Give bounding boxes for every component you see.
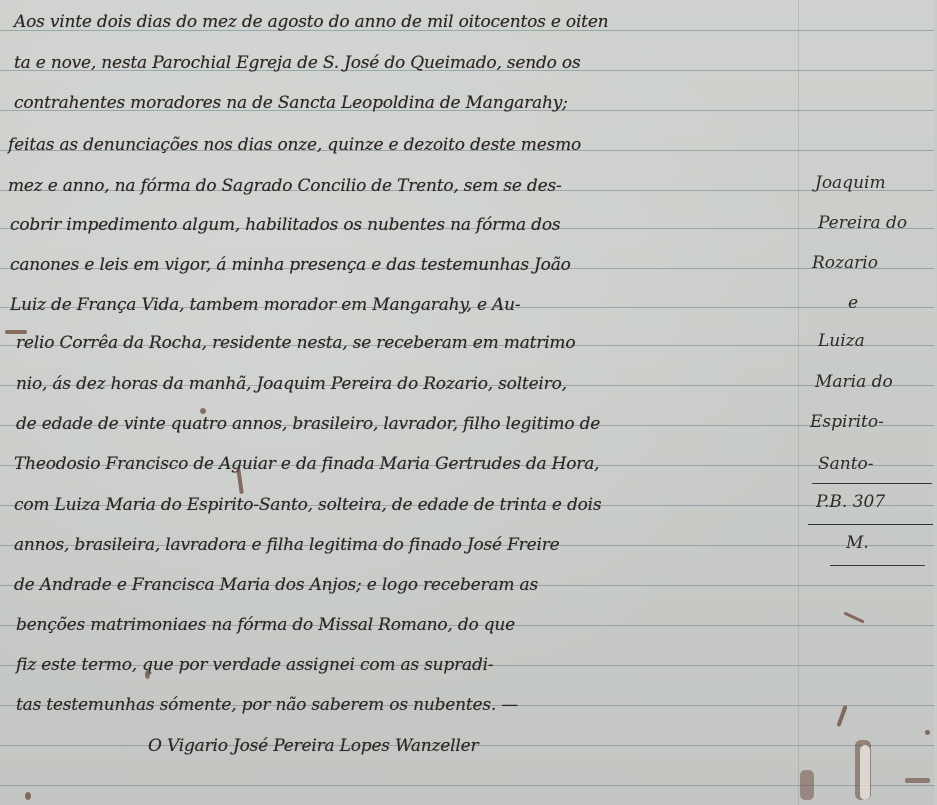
record-line-9: relio Corrêa da Rocha, residente nesta, … [16, 335, 575, 352]
record-line-6: cobrir impedimento algum, habilitados os… [10, 217, 560, 234]
ink-stain [25, 792, 31, 800]
record-line-1: Aos vinte dois dias do mez de agosto do … [14, 14, 608, 31]
water-stain [800, 770, 814, 800]
margin-underline [830, 565, 925, 566]
record-line-4: feitas as denunciações nos dias onze, qu… [8, 137, 581, 154]
record-line-13: com Luiza Maria do Espirito-Santo, solte… [14, 497, 601, 514]
ink-stain [925, 730, 930, 735]
priest-signature: O Vigario José Pereira Lopes Wanzeller [148, 738, 478, 755]
margin-underline [808, 524, 933, 525]
ink-stain [145, 670, 150, 679]
record-line-8: Luiz de França Vida, tambem morador em M… [10, 297, 520, 314]
record-line-11: de edade de vinte quatro annos, brasilei… [16, 416, 600, 433]
ink-stain [843, 611, 864, 623]
document-page: Aos vinte dois dias do mez de agosto do … [0, 0, 934, 805]
margin-name-4: e [848, 295, 858, 312]
record-line-2: ta e nove, nesta Parochial Egreja de S. … [14, 55, 580, 72]
record-line-17: fiz este termo, que por verdade assignei… [16, 657, 493, 674]
ink-stain [836, 705, 847, 727]
record-line-7: canones e leis em vigor, á minha presenç… [10, 257, 571, 274]
record-line-15: de Andrade e Francisca Maria dos Anjos; … [14, 577, 538, 594]
record-line-16: benções matrimoniaes na fórma do Missal … [16, 617, 515, 634]
margin-mark: M. [846, 535, 869, 552]
margin-name-1: Joaquim [815, 175, 886, 192]
record-line-3: contrahentes moradores na de Sancta Leop… [14, 95, 568, 112]
record-line-5: mez e anno, na fórma do Sagrado Concilio… [8, 178, 562, 195]
record-line-14: annos, brasileira, lavradora e filha leg… [14, 537, 560, 554]
margin-line [798, 0, 799, 805]
paper-damage [860, 745, 870, 800]
record-line-18: tas testemunhas sómente, por não saberem… [16, 697, 518, 714]
margin-reference: P.B. 307 [816, 494, 885, 511]
record-line-10: nio, ás dez horas da manhã, Joaquim Pere… [16, 376, 567, 393]
ruled-line [0, 785, 934, 786]
ink-stain [200, 408, 206, 414]
record-line-12: Theodosio Francisco de Aguiar e da finad… [14, 456, 599, 473]
margin-underline [812, 483, 932, 484]
margin-name-5: Luiza [818, 333, 865, 350]
margin-name-7: Espirito- [810, 414, 884, 431]
ink-stain [5, 330, 27, 334]
ink-stain [905, 778, 930, 783]
margin-name-6: Maria do [815, 374, 893, 391]
margin-name-8: Santo- [818, 456, 874, 473]
margin-name-3: Rozario [812, 255, 878, 272]
margin-name-2: Pereira do [818, 215, 907, 232]
